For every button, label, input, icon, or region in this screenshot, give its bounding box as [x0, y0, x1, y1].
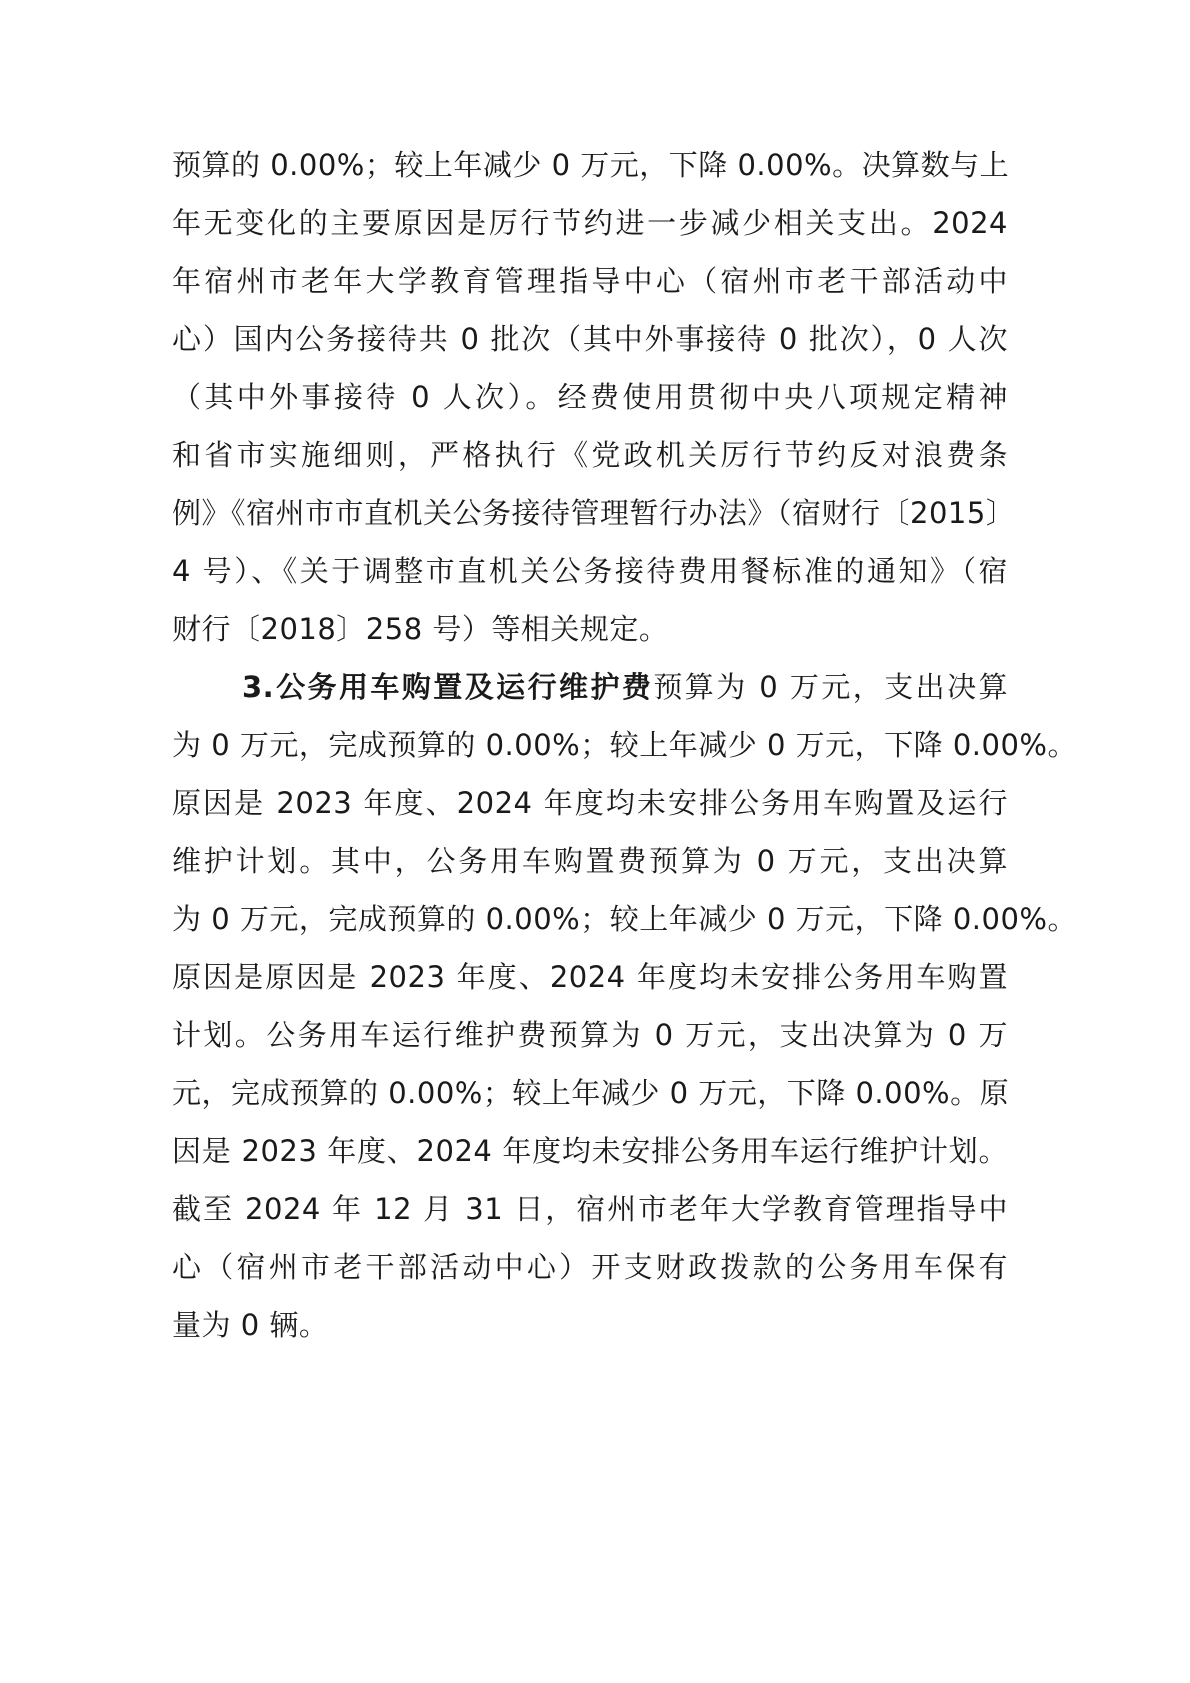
- paragraph-reception-expenses: 预算的 0.00%；较上年减少 0 万元，下降 0.00%。决算数与上 年无变化…: [172, 136, 1008, 658]
- text-line: 原因是原因是 2023 年度、2024 年度均未安排公务用车购置: [172, 948, 1008, 1006]
- text-line: 年无变化的主要原因是厉行节约进一步减少相关支出。2024: [172, 194, 1008, 252]
- text-line: 因是 2023 年度、2024 年度均未安排公务用车运行维护计划。: [172, 1122, 1008, 1180]
- text-line: 为 0 万元，完成预算的 0.00%；较上年减少 0 万元，下降 0.00%。: [172, 890, 1008, 948]
- section-heading: 3.公务用车购置及运行维护费: [242, 670, 653, 704]
- paragraph-vehicle-expenses: 3.公务用车购置及运行维护费预算为 0 万元，支出决算 为 0 万元，完成预算的…: [172, 658, 1008, 1354]
- text-line: 财行〔2018〕258 号）等相关规定。: [172, 600, 1008, 658]
- text-line: 计划。公务用车运行维护费预算为 0 万元，支出决算为 0 万: [172, 1006, 1008, 1064]
- text-line: 截至 2024 年 12 月 31 日，宿州市老年大学教育管理指导中: [172, 1180, 1008, 1238]
- text-line: 为 0 万元，完成预算的 0.00%；较上年减少 0 万元，下降 0.00%。: [172, 716, 1008, 774]
- document-page: 预算的 0.00%；较上年减少 0 万元，下降 0.00%。决算数与上 年无变化…: [172, 136, 1008, 1354]
- section-heading-line: 3.公务用车购置及运行维护费预算为 0 万元，支出决算: [172, 658, 1008, 716]
- text-line: 年宿州市老年大学教育管理指导中心（宿州市老干部活动中: [172, 252, 1008, 310]
- text-line: 和省市实施细则，严格执行《党政机关厉行节约反对浪费条: [172, 426, 1008, 484]
- text-line: 心（宿州市老干部活动中心）开支财政拨款的公务用车保有: [172, 1238, 1008, 1296]
- text-line: 量为 0 辆。: [172, 1296, 1008, 1354]
- text-line: 元，完成预算的 0.00%；较上年减少 0 万元，下降 0.00%。原: [172, 1064, 1008, 1122]
- text-line: 例》《宿州市市直机关公务接待管理暂行办法》（宿财行〔2015〕: [172, 484, 1008, 542]
- text-line: 4 号）、《关于调整市直机关公务接待费用餐标准的通知》（宿: [172, 542, 1008, 600]
- text-line: 原因是 2023 年度、2024 年度均未安排公务用车购置及运行: [172, 774, 1008, 832]
- text-line: 维护计划。其中，公务用车购置费预算为 0 万元，支出决算: [172, 832, 1008, 890]
- text-span: 预算为 0 万元，支出决算: [653, 670, 1008, 704]
- text-line: （其中外事接待 0 人次）。经费使用贯彻中央八项规定精神: [172, 368, 1008, 426]
- text-line: 预算的 0.00%；较上年减少 0 万元，下降 0.00%。决算数与上: [172, 136, 1008, 194]
- text-line: 心）国内公务接待共 0 批次（其中外事接待 0 批次），0 人次: [172, 310, 1008, 368]
